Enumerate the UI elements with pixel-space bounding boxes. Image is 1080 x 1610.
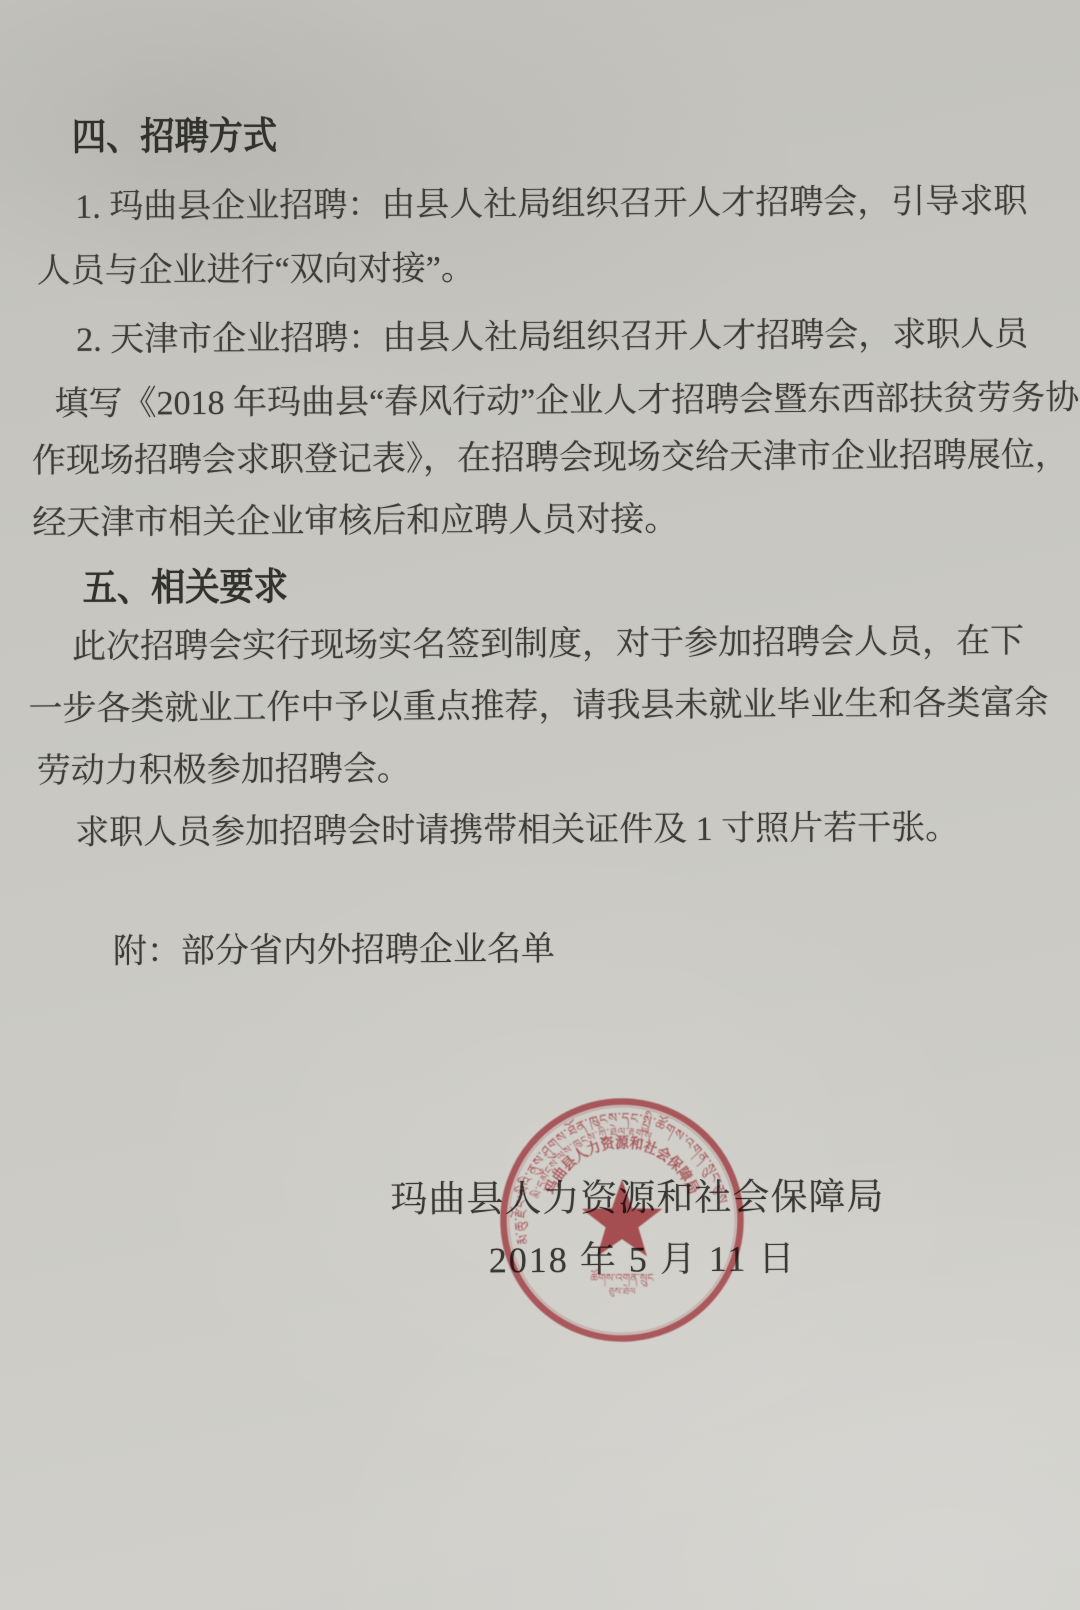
paragraph-req1-line1: 此次招聘会实行现场实名签到制度，对于参加招聘会人员，在下 xyxy=(72,621,1024,669)
paragraph-item1-line2: 人员与企业进行“双向对接”。 xyxy=(37,248,475,293)
paragraph-item2-line2: 填写《2018 年玛曲县“春风行动”企业人才招聘会暨东西部扶贫劳务协 xyxy=(54,378,1079,427)
scanned-document-page: 四、招聘方式 1. 玛曲县企业招聘：由县人社局组织召开人才招聘会，引导求职 人员… xyxy=(0,0,1080,1610)
paragraph-item2-line3: 作现场招聘会求职登记表》，在招聘会现场交给天津市企业招聘展位， xyxy=(32,435,1069,484)
seal-bottom-text-2: ཅུས་ཐེལ xyxy=(608,1284,635,1298)
heading-requirements: 五、相关要求 xyxy=(83,565,289,614)
heading-recruitment-method: 四、招聘方式 xyxy=(72,114,278,163)
official-seal: རྨ་ཆུ་རྫོང་མིའི་ནུས་ཤུགས་ཐོན་ཁུངས་དང་སྤྱ… xyxy=(496,1094,748,1346)
paragraph-req2-line1: 求职人员参加招聘会时请携带相关证件及 1 寸照片若干张。 xyxy=(75,807,959,855)
paragraph-item1-line1: 1. 玛曲县企业招聘：由县人社局组织召开人才招聘会，引导求职 xyxy=(75,181,1027,229)
document-body: 四、招聘方式 1. 玛曲县企业招聘：由县人社局组织召开人才招聘会，引导求职 人员… xyxy=(0,0,1080,1610)
attachment-note: 附：部分省内外招聘企业名单 xyxy=(113,929,555,974)
paragraph-item2-line1: 2. 天津市企业招聘：由县人社局组织召开人才招聘会，求职人员 xyxy=(76,314,1028,362)
paragraph-req1-line2: 一步各类就业工作中予以重点推荐，请我县未就业毕业生和各类富余 xyxy=(28,683,1048,732)
paragraph-req1-line3: 劳动力积极参加招聘会。 xyxy=(37,749,411,794)
star-icon xyxy=(582,1180,662,1257)
seal-bottom-text-1: ཚོགས་འགན་སྲུང xyxy=(590,1268,654,1287)
paragraph-item2-line4: 经天津市相关企业审核后和应聘人员对接。 xyxy=(32,499,678,545)
